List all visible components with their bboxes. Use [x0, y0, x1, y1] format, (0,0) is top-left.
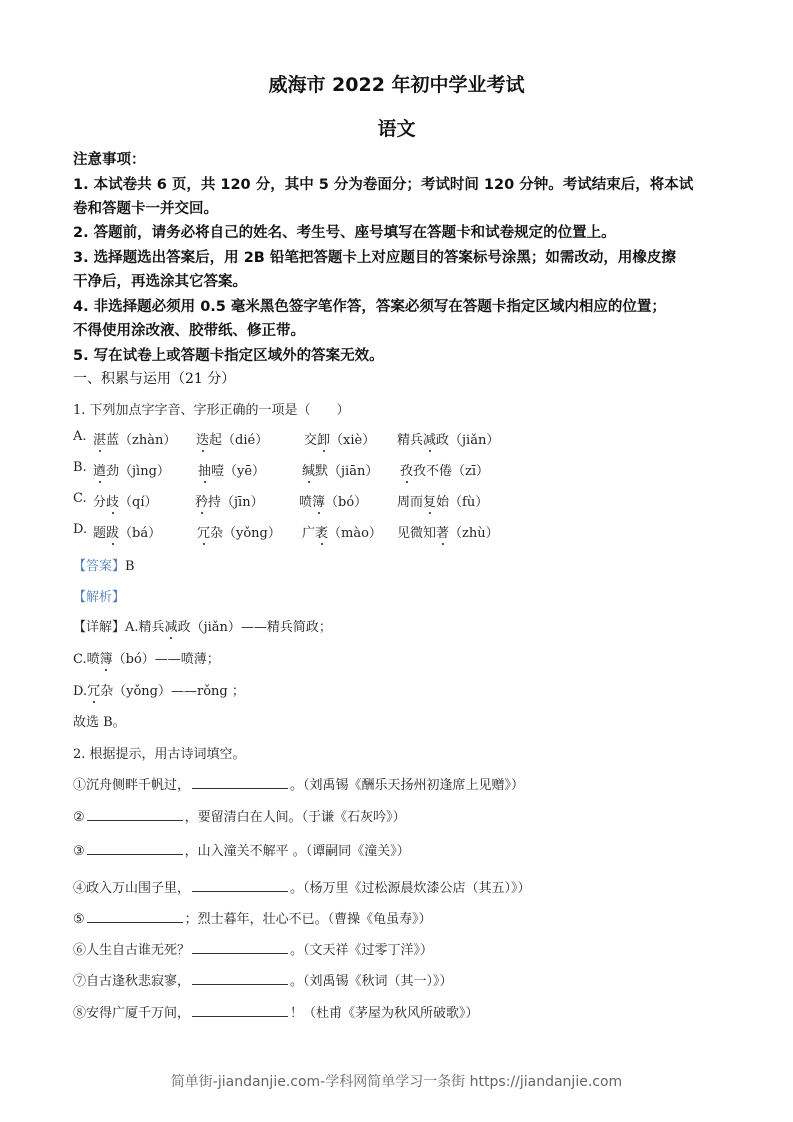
notice-line: 4. 非选择题必须用 0.5 毫米黑色签字笔作答，答案必须写在答题卡指定区域内相… [73, 295, 666, 316]
answer-blank[interactable] [192, 1004, 288, 1017]
poem-item: ⑥人生自古谁无死？。（文天祥《过零丁洋》） [73, 939, 433, 958]
question-2-stem: 2. 根据提示，用古诗词填空。 [73, 743, 246, 762]
question-1-stem: 1. 下列加点字字音、字形正确的一项是（ ） [73, 399, 350, 418]
detail-label: 【详解】 [73, 620, 125, 635]
subject-title: 语文 [0, 114, 793, 141]
option-term: 遒劲（jìng） [93, 460, 170, 479]
notice-heading: 注意事项： [73, 148, 146, 169]
option-term: 抽噎（yē） [198, 460, 265, 479]
option-term: 交卸（xiè） [304, 429, 375, 448]
notice-line: 5. 写在试卷上或答题卡指定区域外的答案无效。 [73, 344, 384, 365]
option-term: 孜孜不倦（zī） [400, 460, 489, 479]
analysis-label: 【解析】 [73, 586, 125, 605]
poem-item: ②，要留清白在人间。（于谦《石灰吟》） [73, 806, 406, 825]
option-term: 分歧（qí） [93, 491, 158, 510]
option-label: C. [73, 491, 87, 506]
poem-item: ③，山入潼关不解平 。（谭嗣同《潼关》） [73, 840, 410, 859]
answer-blank[interactable] [87, 842, 183, 855]
poem-item: ④政入万山围子里，。（杨万里《过松源晨炊漆公店（其五）》） [73, 877, 531, 896]
option-label: D. [73, 522, 87, 537]
notice-line: 1. 本试卷共 6 页，共 120 分，其中 5 分为卷面分；考试时间 120 … [73, 173, 693, 194]
option-label: B. [73, 460, 87, 475]
option-term: 湛蓝（zhàn） [93, 429, 176, 448]
footer-watermark: 简单街-jiandanjie.com-学科网简单学习一条街 https://ji… [0, 1071, 793, 1091]
option-term: 精兵减政（jiǎn） [397, 429, 499, 448]
option-term: 喷簿（bó） [299, 491, 367, 510]
section-heading: 一、积累与运用（21 分） [73, 368, 235, 388]
notice-line: 2. 答题前，请务必将自己的姓名、考生号、座号填写在答题卡和试卷规定的位置上。 [73, 221, 616, 242]
option-label: A. [73, 429, 87, 444]
poem-item: ⑧安得广厦千万间，！（杜甫《茅屋为秋风所破歌》） [73, 1002, 479, 1021]
answer-blank[interactable] [192, 776, 288, 789]
notice-line: 3. 选择题选出答案后，用 2B 铅笔把答题卡上对应题目的答案标号涂黑；如需改动… [73, 246, 676, 267]
option-term: 周而复始（fù） [397, 491, 488, 510]
answer-blank[interactable] [192, 941, 288, 954]
exam-title: 威海市 2022 年初中学业考试 [0, 70, 793, 97]
option-term: 广袤（mào） [302, 522, 382, 541]
answer-blank[interactable] [192, 879, 288, 892]
poem-item: ⑦自古逢秋悲寂寥，。（刘禹锡《秋词（其一）》） [73, 970, 453, 989]
option-term: 缄默（jiān） [302, 460, 378, 479]
conclusion: 故选 B。 [73, 711, 126, 730]
poem-item: ①沉舟侧畔千帆过，。（刘禹锡《酬乐天扬州初逢席上见赠》） [73, 774, 524, 793]
option-term: 题跋（bá） [93, 522, 161, 541]
detail-line: 【详解】A.精兵减政（jiǎn）——精兵简政； [73, 616, 332, 635]
option-term: 冗杂（yǒng） [197, 522, 281, 541]
answer-blank[interactable] [192, 972, 288, 985]
detail-line: C.喷簿（bó）——喷薄； [73, 648, 220, 667]
answer-line: 【答案】B [73, 555, 135, 574]
answer-blank[interactable] [87, 910, 183, 923]
exam-page: 威海市 2022 年初中学业考试 语文 注意事项： 1. 本试卷共 6 页，共 … [0, 0, 793, 1122]
notice-line: 不得使用涂改液、胶带纸、修正带。 [73, 319, 305, 340]
answer-value: B [125, 559, 135, 574]
notice-line: 干净后，再选涂其它答案。 [73, 270, 247, 291]
detail-line: D.冗杂（yǒng）——rǒng ； [73, 680, 245, 699]
answer-blank[interactable] [87, 808, 183, 821]
answer-label: 【答案】 [73, 559, 125, 574]
option-term: 见微知著（zhù） [397, 522, 499, 541]
option-term: 矜持（jīn） [195, 491, 264, 510]
option-term: 迭起（dié） [196, 429, 268, 448]
notice-line: 卷和答题卡一并交回。 [73, 197, 218, 218]
poem-item: ⑤；烈士暮年，壮心不已。（曹操《龟虽寿》） [73, 908, 432, 927]
